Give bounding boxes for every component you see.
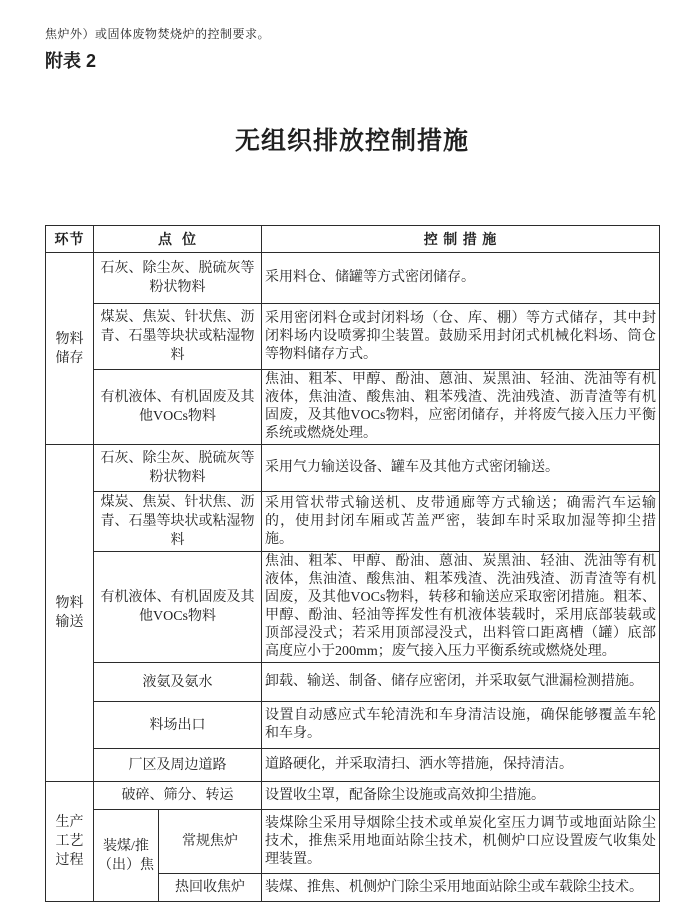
col-header-point: 点 位 [94,226,262,253]
measure-cell: 采用管状带式输送机、皮带通廊等方式输送；确需汽车运输的，使用封闭车厢或苫盖严密，… [262,492,660,552]
measure-cell: 装煤除尘采用导烟除尘技术或单炭化室压力调节或地面站除尘技术，推焦采用地面站除尘技… [262,810,660,874]
document-page: 焦炉外）或固体废物焚烧炉的控制要求。 附表 2 无组织排放控制措施 环节 点 位… [0,0,697,919]
stage-label: 物料储存 [55,330,85,368]
table-row: 物料储存 石灰、除尘灰、脱硫灰等粉状物料 采用料仓、储罐等方式密闭储存。 [46,253,660,304]
point-cell: 破碎、筛分、转运 [94,782,262,810]
measure-cell: 卸载、输送、制备、储存应密闭，并采取氨气泄漏检测措施。 [262,663,660,702]
point-sub-cell: 热回收焦炉 [159,874,262,902]
measures-table: 环节 点 位 控 制 措 施 物料储存 石灰、除尘灰、脱硫灰等粉状物料 采用料仓… [45,225,660,902]
measure-cell: 采用密闭料仓或封闭料场（仓、库、棚）等方式储存，其中封闭料场内设喷雾抑尘装置。鼓… [262,304,660,370]
stage-cell-material-storage: 物料储存 [46,253,94,445]
col-header-stage: 环节 [46,226,94,253]
table-row: 煤炭、焦炭、针状焦、沥青、石墨等块状或粘湿物料 采用密闭料仓或封闭料场（仓、库、… [46,304,660,370]
measure-cell: 道路硬化，并采取清扫、洒水等措施，保持清洁。 [262,749,660,782]
point-cell: 料场出口 [94,702,262,749]
table-row: 液氨及氨水 卸载、输送、制备、储存应密闭，并采取氨气泄漏检测措施。 [46,663,660,702]
table-row: 料场出口 设置自动感应式车轮清洗和车身清洁设施，确保能够覆盖车轮和车身。 [46,702,660,749]
measure-cell: 设置自动感应式车轮清洗和车身清洁设施，确保能够覆盖车轮和车身。 [262,702,660,749]
point-cell: 煤炭、焦炭、针状焦、沥青、石墨等块状或粘湿物料 [94,492,262,552]
table-row: 厂区及周边道路 道路硬化，并采取清扫、洒水等措施，保持清洁。 [46,749,660,782]
table-row: 有机液体、有机固废及其他VOCs物料 焦油、粗苯、甲醇、酚油、蒽油、炭黑油、轻油… [46,552,660,663]
intro-line: 焦炉外）或固体废物焚烧炉的控制要求。 [45,26,659,42]
point-cell: 石灰、除尘灰、脱硫灰等粉状物料 [94,253,262,304]
table-row: 物料输送 石灰、除尘灰、脱硫灰等粉状物料 采用气力输送设备、罐车及其他方式密闭输… [46,445,660,492]
point-cell: 有机液体、有机固废及其他VOCs物料 [94,552,262,663]
stage-label: 生产工艺过程 [55,813,85,870]
table-row: 装煤/推（出）焦 常规焦炉 装煤除尘采用导烟除尘技术或单炭化室压力调节或地面站除… [46,810,660,874]
measure-cell: 设置收尘罩，配备除尘设施或高效抑尘措施。 [262,782,660,810]
measure-cell: 装煤、推焦、机侧炉门除尘采用地面站除尘或车载除尘技术。 [262,874,660,902]
point-cell: 厂区及周边道路 [94,749,262,782]
measure-cell: 焦油、粗苯、甲醇、酚油、蒽油、炭黑油、轻油、洗油等有机液体，焦油渣、酸焦油、粗苯… [262,370,660,445]
measure-cell: 采用料仓、储罐等方式密闭储存。 [262,253,660,304]
point-group-cell: 装煤/推（出）焦 [94,810,159,902]
point-cell: 煤炭、焦炭、针状焦、沥青、石墨等块状或粘湿物料 [94,304,262,370]
point-sub-cell: 常规焦炉 [159,810,262,874]
measure-cell: 焦油、粗苯、甲醇、酚油、蒽油、炭黑油、轻油、洗油等有机液体，焦油渣、酸焦油、粗苯… [262,552,660,663]
point-cell: 液氨及氨水 [94,663,262,702]
stage-cell-production-process: 生产工艺过程 [46,782,94,902]
col-header-measure: 控 制 措 施 [262,226,660,253]
stage-label: 物料输送 [55,594,85,632]
measure-cell: 采用气力输送设备、罐车及其他方式密闭输送。 [262,445,660,492]
table-row: 生产工艺过程 破碎、筛分、转运 设置收尘罩，配备除尘设施或高效抑尘措施。 [46,782,660,810]
appendix-label: 附表 2 [45,50,659,72]
table-row: 有机液体、有机固废及其他VOCs物料 焦油、粗苯、甲醇、酚油、蒽油、炭黑油、轻油… [46,370,660,445]
table-row: 煤炭、焦炭、针状焦、沥青、石墨等块状或粘湿物料 采用管状带式输送机、皮带通廊等方… [46,492,660,552]
point-cell: 有机液体、有机固废及其他VOCs物料 [94,370,262,445]
page-title: 无组织排放控制措施 [45,126,659,156]
table-header-row: 环节 点 位 控 制 措 施 [46,226,660,253]
stage-cell-material-transport: 物料输送 [46,445,94,782]
point-cell: 石灰、除尘灰、脱硫灰等粉状物料 [94,445,262,492]
